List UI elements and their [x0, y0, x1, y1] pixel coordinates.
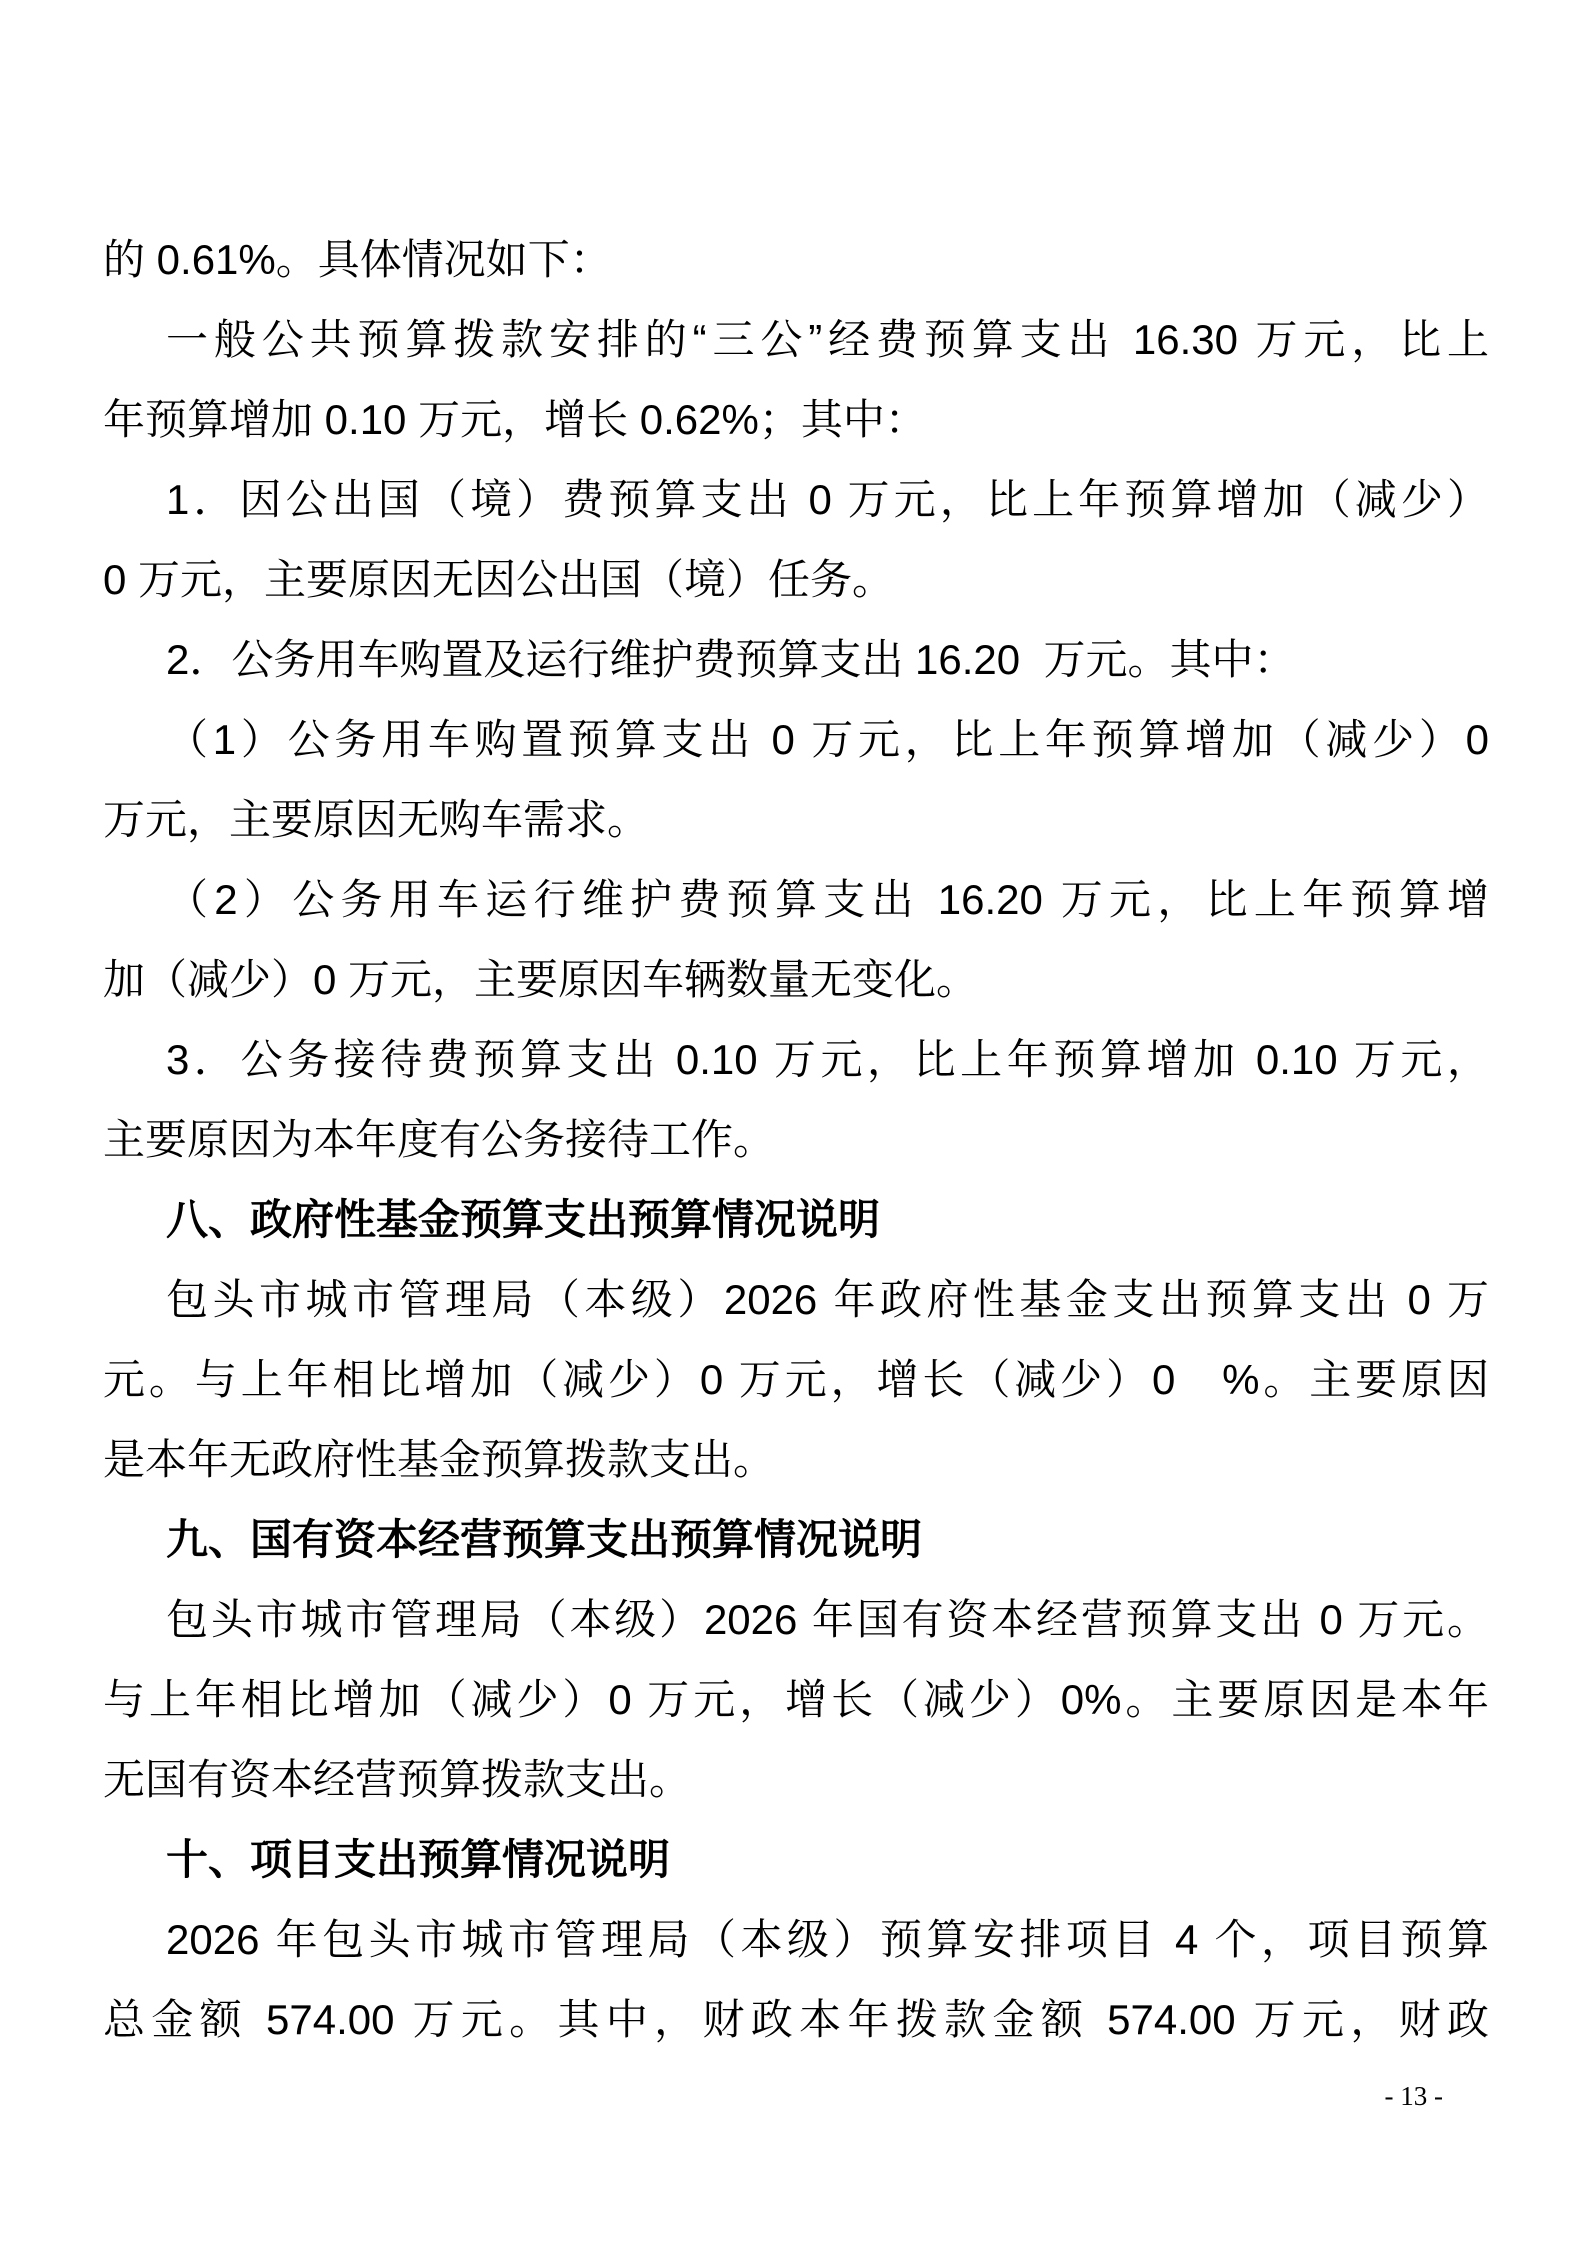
text-line: 元。与上年相比增加（减少）0 万元，增长（减少）0 %。主要原因 [103, 1340, 1489, 1420]
text-line: 包头市城市管理局（本级）2026 年政府性基金支出预算支出 0 万 [103, 1260, 1489, 1340]
text-line: 包头市城市管理局（本级）2026 年国有资本经营预算支出 0 万元。 [103, 1580, 1489, 1660]
document-body: 的 0.61%。具体情况如下： 一般公共预算拨款安排的“三公”经费预算支出 16… [103, 220, 1489, 2060]
section-heading: 九、国有资本经营预算支出预算情况说明 [103, 1500, 1489, 1580]
text-line: 一般公共预算拨款安排的“三公”经费预算支出 16.30 万元，比上 [103, 300, 1489, 380]
text-line: 3．公务接待费预算支出 0.10 万元，比上年预算增加 0.10 万元， [103, 1020, 1489, 1100]
text-line: 与上年相比增加（减少）0 万元，增长（减少）0%。主要原因是本年 [103, 1660, 1489, 1740]
text-line: 万元，主要原因无购车需求。 [103, 780, 1489, 860]
text-line: 1．因公出国（境）费预算支出 0 万元，比上年预算增加（减少） [103, 460, 1489, 540]
text-line: （1）公务用车购置预算支出 0 万元，比上年预算增加（减少）0 [103, 700, 1489, 780]
text-line: 加（减少）0 万元，主要原因车辆数量无变化。 [103, 940, 1489, 1020]
document-page: 的 0.61%。具体情况如下： 一般公共预算拨款安排的“三公”经费预算支出 16… [0, 0, 1588, 2245]
text-line: 2026 年包头市城市管理局（本级）预算安排项目 4 个，项目预算 [103, 1900, 1489, 1980]
text-line: 是本年无政府性基金预算拨款支出。 [103, 1420, 1489, 1500]
text-line: 的 0.61%。具体情况如下： [103, 220, 1489, 300]
text-line: 无国有资本经营预算拨款支出。 [103, 1740, 1489, 1820]
section-heading: 十、项目支出预算情况说明 [103, 1820, 1489, 1900]
text-line: 0 万元，主要原因无因公出国（境）任务。 [103, 540, 1489, 620]
text-line: 2．公务用车购置及运行维护费预算支出 16.20 万元。其中： [103, 620, 1489, 700]
text-line: 主要原因为本年度有公务接待工作。 [103, 1100, 1489, 1180]
section-heading: 八、政府性基金预算支出预算情况说明 [103, 1180, 1489, 1260]
text-line: （2）公务用车运行维护费预算支出 16.20 万元，比上年预算增 [103, 860, 1489, 940]
text-line: 总金额 574.00 万元。其中，财政本年拨款金额 574.00 万元，财政 [103, 1980, 1489, 2060]
page-number: - 13 - [1385, 2080, 1443, 2112]
text-line: 年预算增加 0.10 万元，增长 0.62%；其中： [103, 380, 1489, 460]
